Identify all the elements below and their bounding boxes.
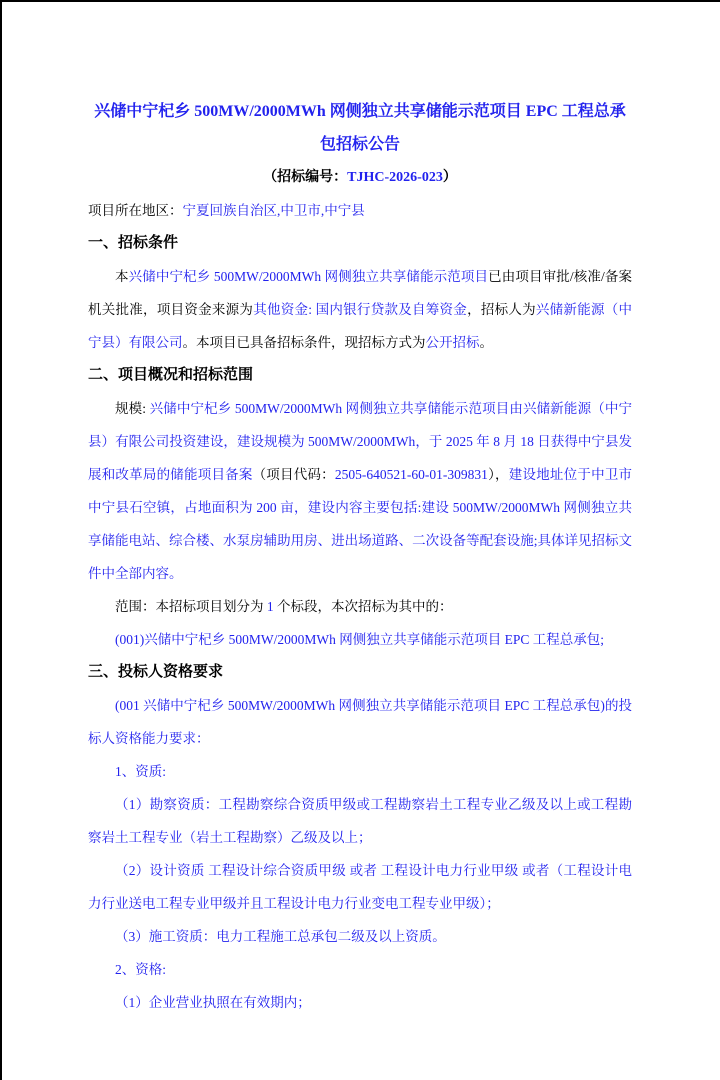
qualification-item-text: 2、资格: xyxy=(115,962,166,977)
qualification-item-text: （3）施工资质：电力工程施工总承包二级及以上资质。 xyxy=(115,929,446,944)
qualification-item-2: 2、资格: xyxy=(88,953,632,986)
tender-number-prefix: （招标编号： xyxy=(263,170,347,185)
text-segment: 。本项目已具备招标条件，现招标方式为 xyxy=(183,335,426,350)
qualification-item-text: （1）企业营业执照在有效期内； xyxy=(115,995,311,1010)
project-region-label: 项目所在地区： xyxy=(88,203,183,218)
qualification-item-design: （2）设计资质 工程设计综合资质甲级 或者 工程设计电力行业甲级 或者（工程设计… xyxy=(88,854,632,920)
text-segment: ，招标人为 xyxy=(467,302,536,317)
tender-number-code: TJHC-2026-023 xyxy=(347,170,443,185)
construction-content-value: 建设地址位于中卫市中宁县石空镇，占地面积为 200 亩，建设内容主要包括:建设 … xyxy=(88,467,632,581)
tender-conditions-paragraph: 本兴储中宁杞乡 500MW/2000MWh 网侧独立共享储能示范项目已由项目审批… xyxy=(88,260,632,359)
qualification-item-text: （2）设计资质 工程设计综合资质甲级 或者 工程设计电力行业甲级 或者（工程设计… xyxy=(88,863,632,911)
section-3-heading: 三、投标人资格要求 xyxy=(88,656,632,689)
project-region-line: 项目所在地区：宁夏回族自治区,中卫市,中宁县 xyxy=(88,194,632,227)
text-segment: 本 xyxy=(115,269,129,284)
lot-001-line: (001)兴储中宁杞乡 500MW/2000MWh 网侧独立共享储能示范项目 E… xyxy=(88,623,632,656)
tender-method-value: 公开招标 xyxy=(426,335,480,350)
project-code-value: 2505-640521-60-01-309831 xyxy=(335,467,488,482)
text-segment: 个标段，本次招标为其中的： xyxy=(274,599,453,614)
section-1-heading: 一、招标条件 xyxy=(88,227,632,260)
qualification-item-license: （1）企业营业执照在有效期内； xyxy=(88,986,632,1019)
text-segment: ）， xyxy=(488,467,509,482)
qualification-item-1: 1、资质: xyxy=(88,755,632,788)
qualification-item-survey: （1）勘察资质：工程勘察综合资质甲级或工程勘察岩土工程专业乙级及以上或工程勘察岩… xyxy=(88,788,632,854)
tender-number-line: （招标编号：TJHC-2026-023） xyxy=(88,161,632,194)
project-code-label: （项目代码： xyxy=(253,467,335,482)
document-title: 兴储中宁杞乡 500MW/2000MWh 网侧独立共享储能示范项目 EPC 工程… xyxy=(88,95,632,161)
lot-001-value: (001)兴储中宁杞乡 500MW/2000MWh 网侧独立共享储能示范项目 E… xyxy=(115,632,604,647)
qualification-item-text: （1）勘察资质：工程勘察综合资质甲级或工程勘察岩土工程专业乙级及以上或工程勘察岩… xyxy=(88,797,632,845)
project-scale-paragraph: 规模: 兴储中宁杞乡 500MW/2000MWh 网侧独立共享储能示范项目由兴储… xyxy=(88,392,632,590)
text-segment: 。 xyxy=(480,335,494,350)
project-name-value: 兴储中宁杞乡 500MW/2000MWh 网侧独立共享储能示范项目 xyxy=(129,269,488,284)
document-page: 兴储中宁杞乡 500MW/2000MWh 网侧独立共享储能示范项目 EPC 工程… xyxy=(0,0,720,1080)
project-region-value: 宁夏回族自治区,中卫市,中宁县 xyxy=(183,203,365,218)
funding-source-value: 其他资金: 国内银行贷款及自筹资金 xyxy=(253,302,467,317)
tender-number-suffix: ） xyxy=(443,170,457,185)
qualification-intro-paragraph: (001 兴储中宁杞乡 500MW/2000MWh 网侧独立共享储能示范项目 E… xyxy=(88,689,632,755)
section-2-heading: 二、项目概况和招标范围 xyxy=(88,359,632,392)
qualification-item-construction: （3）施工资质：电力工程施工总承包二级及以上资质。 xyxy=(88,920,632,953)
lot-count-value: 1 xyxy=(267,599,274,614)
qualification-intro-value: (001 兴储中宁杞乡 500MW/2000MWh 网侧独立共享储能示范项目 E… xyxy=(88,698,632,746)
scale-label: 规模: xyxy=(115,401,150,416)
text-segment: 范围：本招标项目划分为 xyxy=(115,599,267,614)
tender-scope-line: 范围：本招标项目划分为 1 个标段，本次招标为其中的： xyxy=(88,590,632,623)
qualification-item-text: 1、资质: xyxy=(115,764,166,779)
